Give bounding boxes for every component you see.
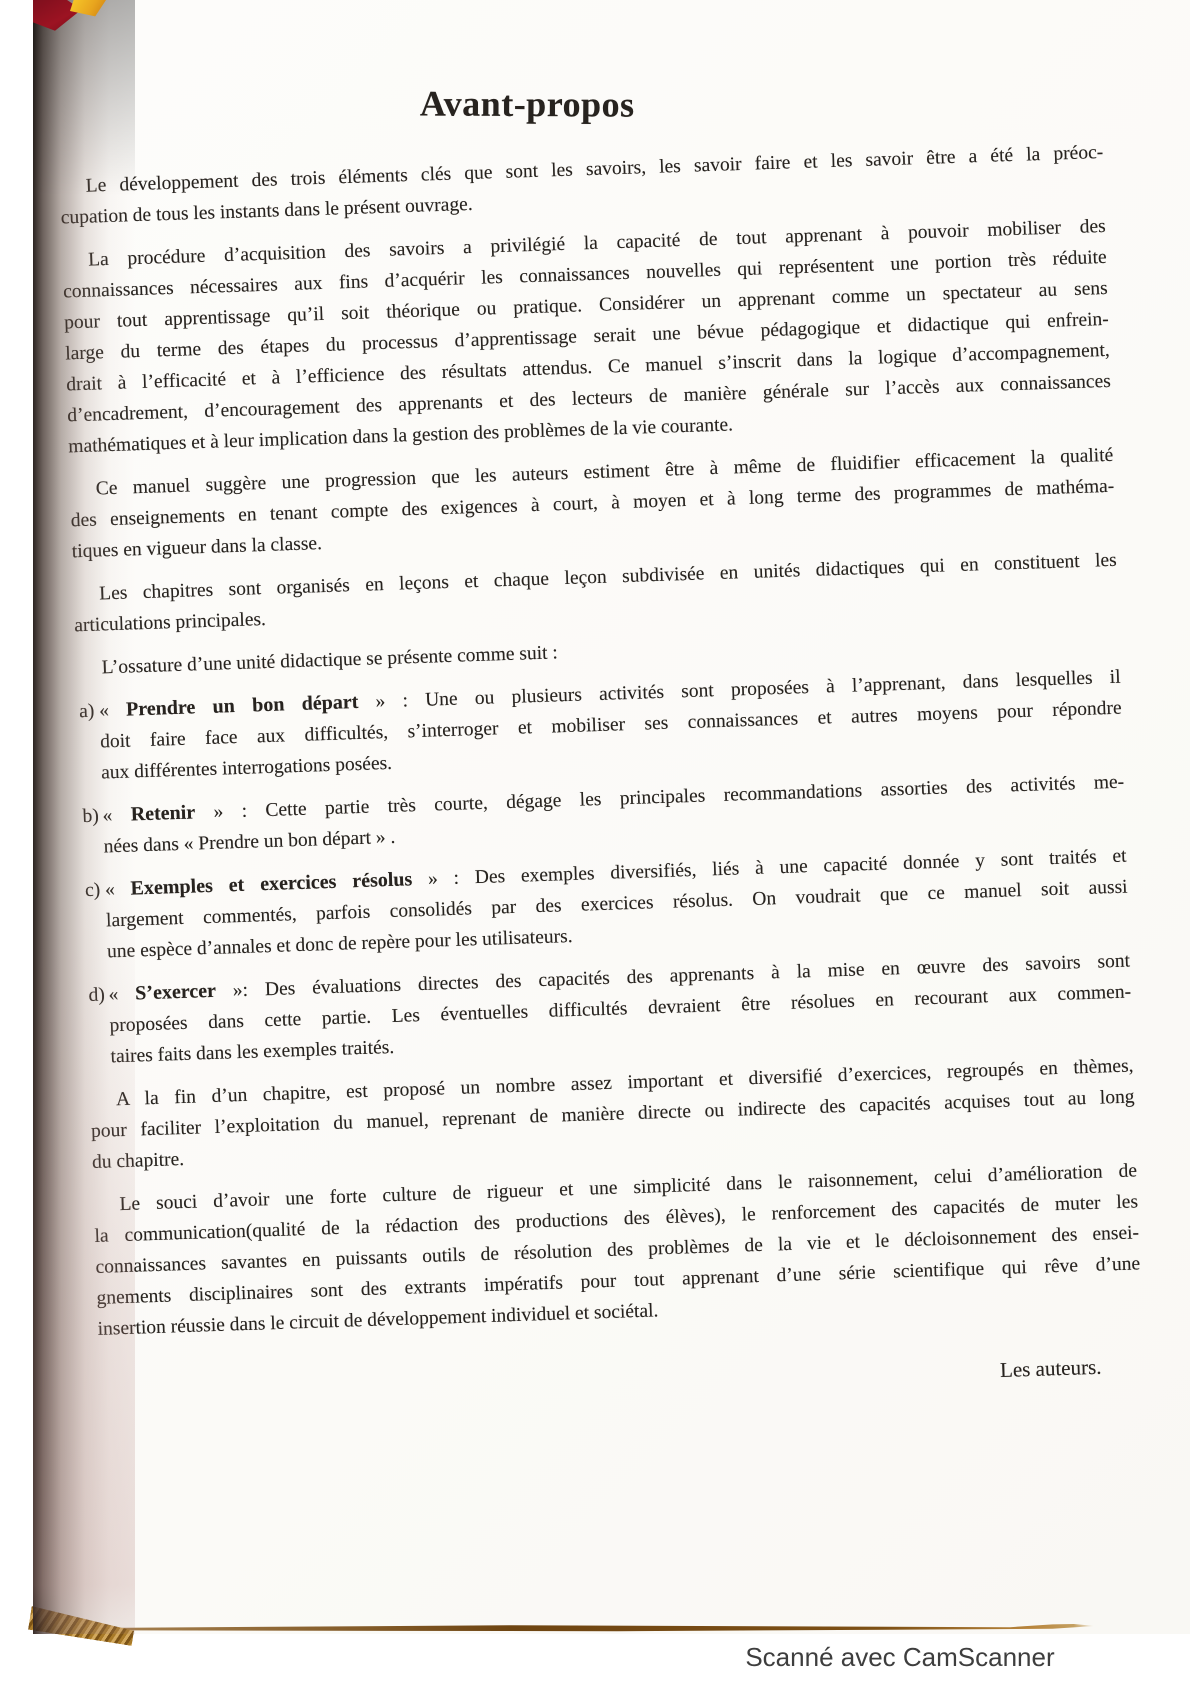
list-item-text: « Prendre un bon départ » : Une ou plusi…	[99, 662, 1124, 789]
paragraph: Le souci d’avoir une forte culture de ri…	[93, 1155, 1142, 1345]
paragraph: Ce manuel suggère une progression que le…	[69, 440, 1116, 568]
book-spine-shadow	[33, 0, 135, 1634]
scanned-page: Avant-propos Le développement des trois …	[0, 0, 1190, 1684]
body-text: Le développement des trois éléments clés…	[59, 137, 1141, 1345]
paragraph: A la fin d’un chapitre, est proposé un n…	[90, 1050, 1137, 1178]
list-item: c)« Exemples et exercices résolus » : De…	[83, 841, 1130, 969]
camscanner-watermark: Scanné avec CamScanner	[640, 1641, 1160, 1673]
list-item: a)« Prendre un bon départ » : Une ou plu…	[77, 662, 1124, 790]
list-item-text: « Exemples et exercices résolus » : Des …	[105, 841, 1130, 968]
list-item: d)« S’exercer »: Des évaluations directe…	[86, 946, 1133, 1074]
paragraph: La procédure d’acquisition des savoirs a…	[62, 211, 1113, 462]
page-title: Avant-propos	[57, 80, 1101, 129]
page-content: Avant-propos Le développement des trois …	[34, 57, 1144, 1417]
list-item-text: « S’exercer »: Des évaluations directes …	[108, 946, 1133, 1073]
